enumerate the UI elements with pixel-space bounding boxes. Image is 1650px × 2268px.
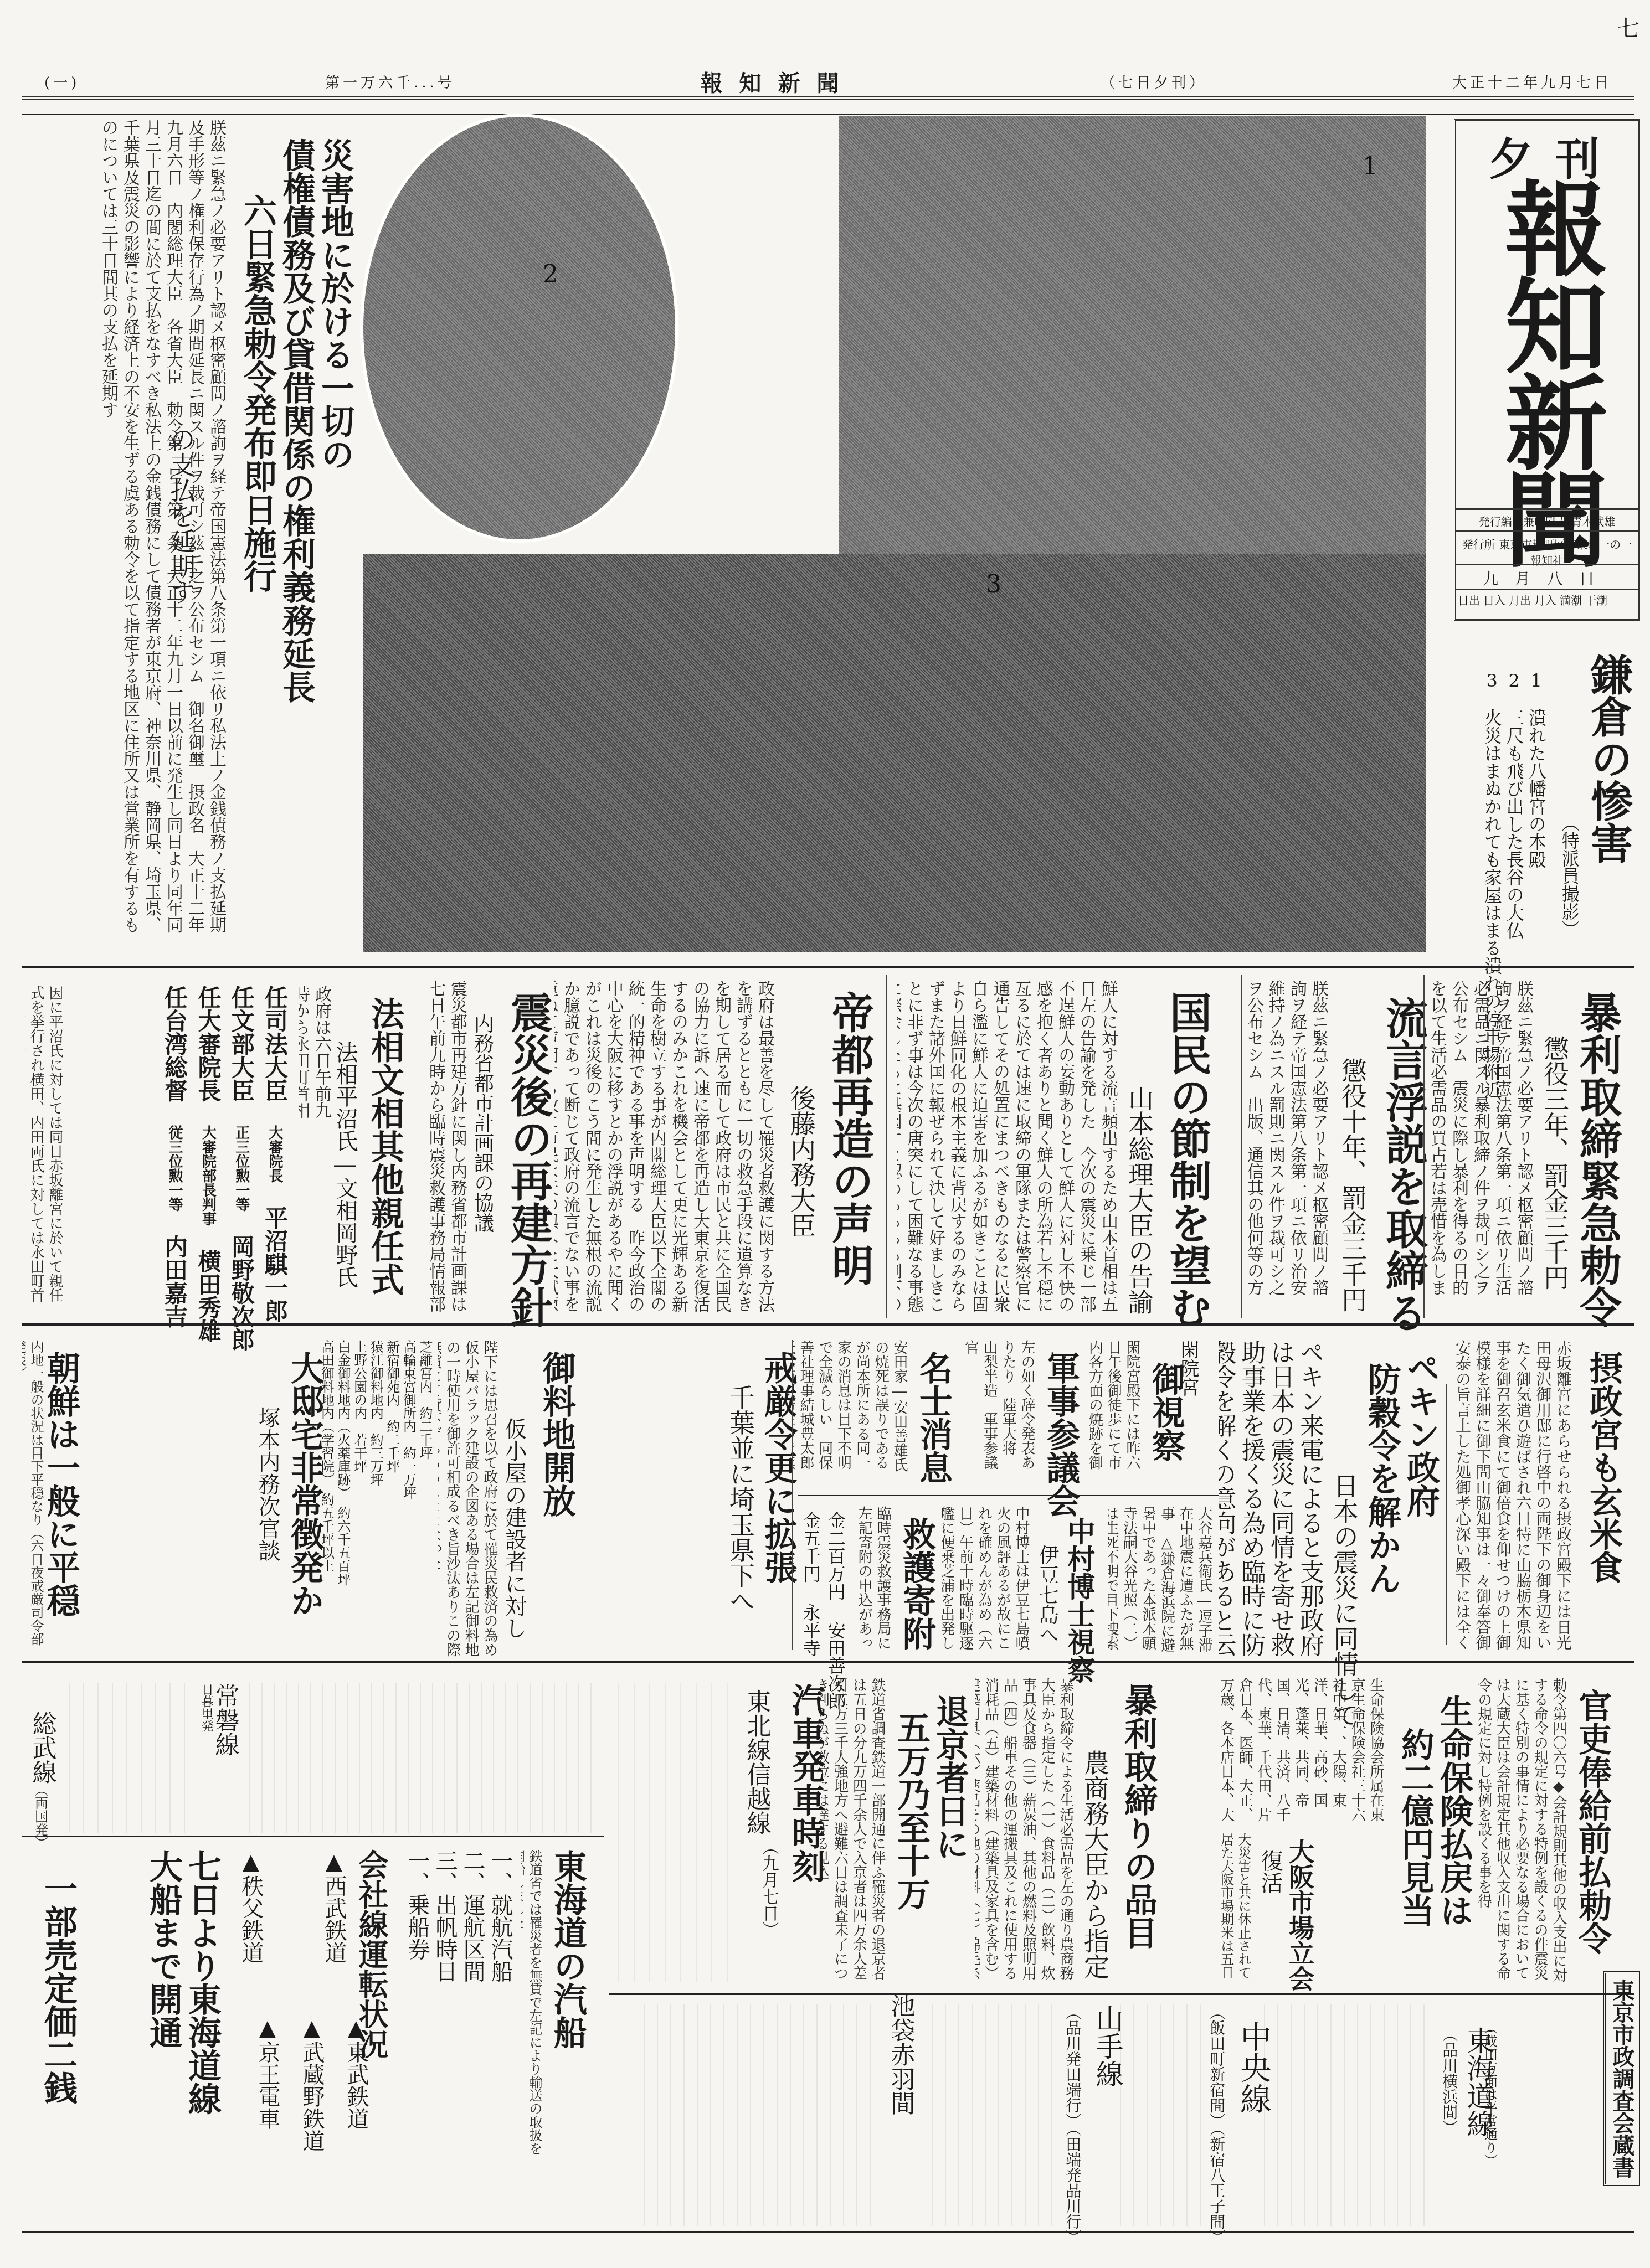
almanac-label: 日出 [1458,592,1480,608]
column-rule [1423,975,1425,1318]
paper-name-small: 報知新聞 [701,66,856,97]
notables-body: 安田家―安田善雄氏の焼死は誤りであるが尚本所にある同一家の消息は目下不明で全滅ら… [792,1340,908,1478]
appointments-footer: 因に平沼氏に対しては同日赤坂離宮に於いて親任式を挙行され横田、内田両氏に対しては… [25,986,64,1307]
almanac-label: 月出 [1509,592,1531,608]
imperial-land-subhead: 仮小屋の建設者に対し [501,1417,527,1639]
sobu-line-headline: 総武線 [28,1711,56,1784]
yamanote-sub: （品川発田端行）（田端発品川行） [1063,2004,1081,2245]
evacuees-headline: 退京者日に [931,1694,969,1860]
life-insurance-headline: 生命保険払戻は [1435,1694,1473,1927]
office-line: 発行所 東京市麹町区有楽町一の一 報知社 [1456,530,1638,568]
evacuees-body: 鉄道省調査鉄道一部開通に伴ふ罹災者の退京者は五日の分九万四千余人で入京者は四万余… [820,1678,886,1988]
profiteering-decree-subhead: 懲役三年、罰金三千円 [1540,1035,1569,1290]
tokaido-timetable [1252,2004,1429,2226]
kanin-visit-headline: 御視察 [1147,1362,1185,1462]
appointment-item: 任大審院長 大審院部長判事 横田秀雄 [194,986,221,1307]
appointments-headline: 法相文相其他親任式 [366,997,404,1296]
tokaido-steamer-headline: 東海道の汽船 [548,1849,587,2049]
profiteering-decree-headline: 暴利取締緊急勅令 [1573,991,1621,1328]
date-text: 大正十二年九月七日 [1452,71,1612,92]
officials-salary-body: 勅令第四〇六号◆会計規則其他の収入支出に対する命令の規定に対する特例を設くるの件… [1473,1678,1567,1993]
korea-headline: 朝鮮は一般に平穏 [42,1351,80,1617]
evacuees-headline-2: 五万乃至十万 [892,1711,930,1910]
appointments-list: 任司法大臣 大審院長 平沼騏一郎 任文部大臣 正三位勲一等 岡野敬次郎 任大審院… [66,986,288,1307]
profiteering-items-body: 暴利取締令による生活必需品を左の通り農商務大臣から指定した（一）食料品（二）飲料… [975,1678,1075,1988]
osaka-market-body: 大災害と共に休止されて居た大阪市場期米は五日立会を復活し株式は八日立会と決定した [1219,1833,1252,1988]
imperial-land-list: 芝離宮内 約二千坪 高輪東宮御所内 約一万坪 新宿御苑内 約二千坪 猿江御料地内… [327,1340,432,1523]
masthead-title: 報知新聞 [1489,176,1607,503]
steamer-item: 二、運航区間 [460,1849,485,1982]
rail-item: ▲京王電車 [255,2016,280,2130]
imperial-land-body: 陛下には思召を以て政府に於て罹災民救済の為め仮小屋バラック建設の企図ある場合は左… [438,1340,498,1661]
train-schedule-headline: 汽車発車時刻 [787,1683,825,1883]
land-item: 白金御料地内（火薬庫跡） 約六千五百坪 [335,1340,350,1523]
steamer-item: 一、就航汽船 [487,1849,513,1982]
joban-timetable [238,1683,598,1833]
steamer-item: 三、出帆時日 [432,1849,458,1982]
masthead: 夕刊 報知新聞 発行編輯兼印刷人 青木武雄 発行所 東京市麹町区有楽町一の一 報… [1454,119,1640,621]
peking-headline: ペキン政府 [1401,1351,1440,1517]
page-mark: 七 [1617,11,1639,43]
column-rule [792,1340,793,1650]
library-stamp: 東京市政調査会蔵書 [1603,1971,1640,2186]
regent-rice-headline: 摂政宮も玄米食 [1584,1351,1622,1584]
peking-headline-2: 防穀令を解かん [1363,1362,1401,1595]
nakamura-body: 中村博士は伊豆七島噴火の風評あるが故にこれを確めんが為め（六日）午前十時臨時駆逐… [942,1506,1030,1661]
land-item: 芝離宮内 約二千坪 [417,1340,432,1523]
moratorium-headline-1: 災害地に於ける一切の [316,138,354,471]
nakamura-subhead: 伊豆七島へ [1036,1545,1058,1645]
train-schedule-date: （九月七日） [759,1838,778,1938]
almanac-label: 干潮 [1585,592,1607,608]
photo-caption-credit: （特派員撮影） [1559,814,1580,938]
publisher-line: 発行編輯兼印刷人 青木武雄 [1456,508,1638,529]
tohoku-line-headline: 東北線信越線 [742,1689,770,1835]
profiteering-items-subhead: 農商務大臣から指定 [1080,1750,1109,1979]
osaka-market-headline: 大阪市場立会 [1285,1838,1314,1991]
joban-line-headline: 常磐線 [210,1683,239,1756]
restraint-subhead: 山本総理大臣の告諭 [1124,1085,1154,1315]
almanac-label: 満潮 [1560,592,1582,608]
mansions-subhead: 塚本内務次官談 [255,1406,280,1561]
photo-1-hachimangu [839,116,1426,554]
restraint-headline: 国民の節制を望む [1163,991,1211,1328]
korea-body: 内地一般の状況は目下平穏なり（六日夜戒厳司令部発表） [22,1340,44,1650]
war-council-body: 左の如く辞令発表ありたり 陸軍大将 山梨半造 軍事参議官 [958,1340,1036,1478]
photo-caption-1: 1 潰れた八幡宮の本殿 [1526,670,1546,868]
appointment-item: 任台湾総督 従三位勲一等 内田嘉吉 [161,986,188,1307]
sobu-line-origin: （両国発） [32,1783,48,1849]
yamanote-timetable [919,2004,1058,2226]
photo-caption-2: 2 三尺も飛び出した長谷の大仏 [1504,670,1524,939]
section-rule-1 [22,966,1634,968]
rail-item: ▲武蔵野鉄道 [299,2016,325,2152]
inner-rule [798,1495,1219,1496]
appointments-subhead: 法相平沼氏―文相岡野氏 [332,1041,358,1288]
donation-item: 金五千円 永平寺 [800,1512,821,1657]
tokaido-line-sub: （品川横浜間） [1440,2027,1458,2135]
profiteering-items-headline: 暴利取締りの品目 [1119,1683,1157,1949]
inner-rule [22,1836,604,1837]
rail-item: ▲西武鉄道 [321,1849,347,1963]
relief-donation-body: 臨時震災救護事務局に左記寄附の申込があった [853,1506,892,1661]
land-item: 新宿御苑内 約二千坪 [384,1340,399,1523]
peking-body: ペキン来電によると支那政府は日本の震災に同情を寄せ救助事業を援くる為め臨時に防穀… [1219,1340,1324,1661]
photo-number-1: 1 [1363,152,1378,181]
edition-label: （七日夕刊） [1101,71,1207,92]
steamer-item: 一、乗船券 [404,1849,430,1960]
moratorium-body: 朕茲ニ緊急ノ必要アリト認メ枢密顧問ノ諮詢ヲ経テ帝国憲法第八条第一項ニ依リ私法上ノ… [28,119,227,939]
photo-2-great-buddha [360,114,678,543]
land-item: 猿江御料地内 約三万坪 [368,1340,383,1523]
page-number: (一) [44,71,80,92]
section-rule-2 [22,1323,1634,1326]
martial-law-headline: 戒厳令更に拡張 [759,1351,797,1584]
appointment-item: 任文部大臣 正三位勲一等 岡野敬次郎 [228,986,254,1307]
tokaido-line-note: （成田方面は平常通り） [1482,2021,1497,2167]
photo-caption-title: 鎌倉の惨害 [1584,653,1632,864]
land-item: 上野公園の内 若干坪 [351,1340,367,1523]
rebuild-policy-subhead: 内務省都市計画課の協議 [471,1013,494,1233]
appointment-item: 任司法大臣 大審院長 平沼騏一郎 [261,986,288,1307]
rumor-decree-subhead: 懲役十年、罰金三千円 [1338,1058,1367,1312]
mansions-headline: 大邸宅非常徴発か [285,1351,323,1617]
rebuild-policy-body: 震災都市再建方針に関し内務省都市計画課は七日午前九時から臨時震災救護事務局情報部… [424,980,468,1312]
moratorium-headline-2: 債権債務及び貸借関係の権利義務延長 [277,138,315,703]
notables-headline: 名士消息 [914,1351,952,1484]
tokaido-open-headline-2: 大船まで開通 [144,1849,182,2049]
dateline-band: (一) 第一万六千...号 報知新聞 （七日夕刊） 大正十二年九月七日 [22,66,1634,100]
masthead-date: 九月八日 [1456,564,1638,589]
kanin-visit-body: 閑院宮殿下には昨六日午後御徒歩にて市内各方面の焼跡を御巡視遊ばされた [1086,1340,1141,1478]
photo-number-3: 3 [986,570,1001,599]
rumor-decree-body: 朕茲ニ緊急ノ必要アリト認メ枢密顧問ノ諮詢ヲ経テ帝国憲法第八条第一項ニ依リ治安維持… [1246,980,1329,1301]
column-rule [1241,975,1242,1318]
sobu-timetable [55,1683,194,1833]
tokaido-steamer-body: 鉄道省では罹災者を無賃で左記により輸送の取扱を開始しました [521,1849,543,2159]
column-rule [886,975,887,1318]
relief-donation-headline: 救護寄附 [897,1517,935,1650]
ikebukuro-timetable [631,2004,875,2226]
almanac-label: 月入 [1534,592,1556,608]
page-bottom-rule [22,2231,1634,2233]
tohoku-timetable [604,1683,731,1982]
rebuild-policy-headline: 震災後の再建方針 [504,991,552,1328]
war-council-headline: 軍事参議会 [1041,1351,1080,1517]
capital-rebuild-headline: 帝都再造の声明 [825,991,873,1286]
ikebukuro-headline: 池袋赤羽間 [886,1993,914,2115]
column-rule [1446,1384,1447,1645]
section-rule-3 [22,1661,1634,1663]
life-insurance-body: 生命保険協会所属在東京生命保険会社三十六社中第一、大陽、東洋、日華、高砂、国光、… [1219,1678,1385,1827]
price-label: 一部売定価二銭 [39,1872,77,2104]
capital-rebuild-body: 政府は最善を尽して罹災者救護に関する方法を講ずるとともに一切の救急手段に遺算なき… [554,980,775,1312]
regent-rice-body: 赤坂離宮にあらせられる摂政宮殿下には日光田母沢御用邸に行啓中の両陛下の御身辺をい… [1451,1340,1573,1656]
rail-item: ▲東武鉄道 [343,2016,369,2130]
officials-salary-headline: 官吏俸給前払勅令 [1573,1689,1611,1955]
appointments-body: 政府は六日午前九時から永田町首相官邸に於て臨時閣議を開き左の如く人事を決定した [299,986,332,1124]
photo-3-collapsed-houses [363,554,1426,952]
profiteering-decree-body: 朕茲ニ緊急ノ必要アリト認メ枢密顧問ノ諮詢ヲ経テ帝国憲法第八条第一項ニ依リ生活必需… [1429,980,1534,1301]
almanac-label: 日入 [1483,592,1505,608]
photo-number-2: 2 [543,260,558,288]
capital-rebuild-subhead: 後藤内務大臣 [787,1085,816,1238]
chuo-timetable [1108,2004,1202,2226]
almanac: 日出 日入 月出 月入 満潮 干潮 [1456,589,1638,610]
restraint-body: 鮮人に対する流言頻出するため山本首相は五日左の告諭を発した 今次の震災に乗じ一部… [897,980,1119,1312]
osaka-market-subhead: 復活 [1257,1849,1283,1894]
land-item: 高輪東宮御所内 約一万坪 [400,1340,416,1523]
otani-body: 大谷嘉兵衛氏―逗子滞在中地震に遭ふたが無事 △鎌倉海浜院に避暑中であった本派本願… [1108,1506,1213,1661]
inner-rule [609,1993,1634,1995]
nakamura-headline: 中村博士視察 [1063,1517,1096,1683]
joban-line-origin: 日暮里発 [199,1683,213,1732]
tokaido-open-headline: 七日より東海道線 [183,1849,221,2115]
moratorium-headline-3: 六日緊急勅令発布即日施行 [238,194,276,592]
life-insurance-headline-2: 約二億円見当 [1396,1728,1434,1927]
rumor-decree-headline: 流言浮説を取締る [1379,997,1427,1333]
chuo-sub: （飯田町新宿間）（新宿八王子間） [1207,2004,1225,2245]
issue-number: 第一万六千...号 [325,71,455,92]
imperial-land-headline: 御料地開放 [537,1351,575,1517]
martial-law-subhead: 千葉並に埼玉県下へ [726,1384,755,1614]
rail-item: ▲秩父鉄道 [238,1849,264,1963]
